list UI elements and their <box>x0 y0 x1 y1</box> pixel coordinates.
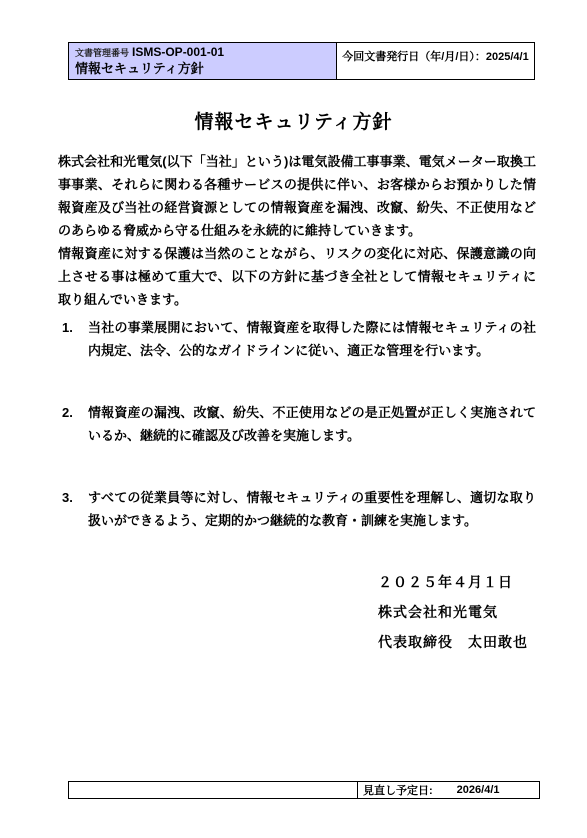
header-doc-id-cell: 文書管理番号ISMS-OP-001-01 情報セキュリティ方針 <box>69 43 337 79</box>
policy-list: 1. 当社の事業展開において、情報資産を取得した際には情報セキュリティの社内規定… <box>62 316 536 571</box>
policy-item-2-text: 情報資産の漏洩、改竄、紛失、不正使用などの是正処置が正しく実施されているか、継続… <box>88 401 536 447</box>
header-doc-title: 情報セキュリティ方針 <box>75 61 330 77</box>
signature-block: ２０２５年４月１日 株式会社和光電気 代表取締役 太田敢也 <box>378 567 528 657</box>
review-date-label: 見直し予定日: <box>363 782 433 798</box>
footer-review-cell: 見直し予定日: 2026/4/1 <box>358 782 539 798</box>
doc-number-label: 文書管理番号 <box>75 48 129 58</box>
policy-item-1-text: 当社の事業展開において、情報資産を取得した際には情報セキュリティの社内規定、法令… <box>88 316 536 362</box>
intro-paragraph-2: 情報資産に対する保護は当然のことながら、リスクの変化に対応、保護意識の向上させる… <box>58 242 536 311</box>
header-issue-date-cell: 今回文書発行日（年/月/日）：2025/4/1 <box>337 43 534 79</box>
review-date-value: 2026/4/1 <box>457 784 500 796</box>
policy-item-2: 2. 情報資産の漏洩、改竄、紛失、不正使用などの是正処置が正しく実施されているか… <box>62 401 536 447</box>
document-footer: 見直し予定日: 2026/4/1 <box>68 781 540 799</box>
policy-item-1-number: 1. <box>62 316 88 362</box>
policy-item-3: 3. すべての従業員等に対し、情報セキュリティの重要性を理解し、適切な取り扱いが… <box>62 486 536 532</box>
page-title: 情報セキュリティ方針 <box>0 107 587 134</box>
doc-number-value: ISMS-OP-001-01 <box>132 45 224 59</box>
intro-paragraphs: 株式会社和光電気(以下「当社」という)は電気設備工事事業、電気メーター取換工事事… <box>58 150 536 311</box>
document-page: 文書管理番号ISMS-OP-001-01 情報セキュリティ方針 今回文書発行日（… <box>0 0 587 838</box>
signature-company: 株式会社和光電気 <box>378 597 528 627</box>
footer-empty-cell <box>69 782 358 798</box>
signature-representative: 代表取締役 太田敢也 <box>378 627 528 657</box>
policy-item-3-number: 3. <box>62 486 88 532</box>
policy-item-3-text: すべての従業員等に対し、情報セキュリティの重要性を理解し、適切な取り扱いができる… <box>88 486 536 532</box>
document-header: 文書管理番号ISMS-OP-001-01 情報セキュリティ方針 今回文書発行日（… <box>68 42 535 80</box>
policy-item-1: 1. 当社の事業展開において、情報資産を取得した際には情報セキュリティの社内規定… <box>62 316 536 362</box>
doc-number-line: 文書管理番号ISMS-OP-001-01 <box>75 45 330 61</box>
policy-item-2-number: 2. <box>62 401 88 447</box>
intro-paragraph-1: 株式会社和光電気(以下「当社」という)は電気設備工事事業、電気メーター取換工事事… <box>58 150 536 242</box>
signature-date: ２０２５年４月１日 <box>378 567 528 597</box>
